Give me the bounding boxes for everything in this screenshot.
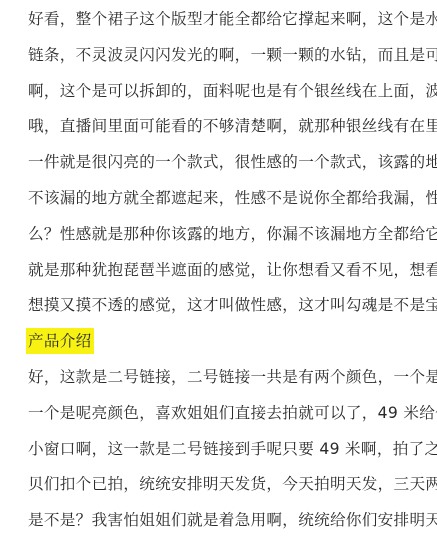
text-line: 想摸又摸不透的感觉，这才叫做性感，这才叫勾魂是不是宝 xyxy=(28,288,437,324)
text-line: 一个是呢亮颜色，喜欢姐姐们直接去拍就可以了，49 米给你 xyxy=(28,396,437,432)
text-line: 么？性感就是那种你该露的地方，你漏不该漏地方全都给它 xyxy=(28,217,437,253)
text-line: 哦，直播间里面可能看的不够清楚啊，就那种银丝线有在里 xyxy=(28,109,437,145)
section-heading-row: 产品介绍 xyxy=(28,324,437,360)
section-heading-highlighted: 产品介绍 xyxy=(26,328,94,354)
text-line: 好看，整个裙子这个版型才能全都给它撑起来啊，这个是水 xyxy=(28,2,437,38)
text-line: 贝们扣个已拍，统统安排明天发货，今天拍明天发，三天两 xyxy=(28,467,437,503)
text-line: 是不是？我害怕姐姐们就是着急用啊，统统给你们安排明天 xyxy=(28,503,437,536)
text-line: 好，这款是二号链接，二号链接一共是有两个颜色，一个是 xyxy=(28,360,437,396)
text-line: 就是那种犹抱琵琶半遮面的感觉，让你想看又看不见，想看又 xyxy=(28,253,437,289)
text-line: 小窗口啊，这一款是二号链接到手呢只要 49 米啊，拍了之后 xyxy=(28,432,437,468)
paragraph-2: 好，这款是二号链接，二号链接一共是有两个颜色，一个是 一个是呢亮颜色，喜欢姐姐们… xyxy=(28,360,437,536)
text-line: 啊，这个是可以拆卸的，面料呢也是有个银丝线在上面，波 xyxy=(28,74,437,110)
text-line: 链条，不灵波灵闪闪发光的啊，一颗一颗的水钻，而且是可 xyxy=(28,38,437,74)
paragraph-1: 好看，整个裙子这个版型才能全都给它撑起来啊，这个是水 链条，不灵波灵闪闪发光的啊… xyxy=(28,2,437,324)
text-line: 一件就是很闪亮的一个款式，很性感的一个款式，该露的地 xyxy=(28,145,437,181)
document-body: 好看，整个裙子这个版型才能全都给它撑起来啊，这个是水 链条，不灵波灵闪闪发光的啊… xyxy=(28,2,437,536)
text-line: 不该漏的地方就全都遮起来，性感不是说你全都给我漏，性 xyxy=(28,181,437,217)
